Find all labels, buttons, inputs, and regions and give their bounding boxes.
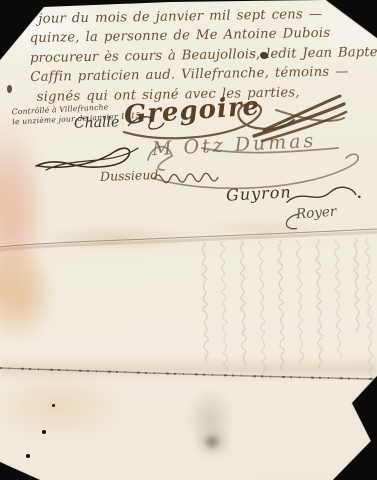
ink-smudge	[186, 388, 234, 448]
ink-smudge	[195, 426, 231, 458]
ink-smudge	[203, 434, 221, 450]
ink-spot	[26, 454, 30, 458]
ink-mark	[7, 85, 12, 93]
stain	[36, 226, 196, 250]
stain	[0, 252, 56, 344]
bleedthrough-writing	[195, 236, 377, 441]
stain	[0, 370, 128, 442]
fold-crease-lower	[0, 368, 377, 379]
signature-challe: Challe	[74, 114, 120, 132]
signature-guyron: Guyron	[226, 182, 293, 204]
signature-name: Royer	[295, 204, 336, 223]
signature-dussieud: Dussieud	[100, 167, 159, 184]
ink-spot	[42, 430, 46, 434]
signature-royer: Royer	[295, 204, 336, 223]
signature-name: Challe	[74, 114, 120, 132]
stain	[0, 138, 48, 308]
paper-sheet: jour du mois de janvier mil sept cens — …	[0, 0, 377, 480]
fold-crease-upper	[0, 229, 377, 247]
stain	[0, 360, 377, 378]
signature-name: Dussieud	[100, 167, 159, 184]
signature-name: Guyron	[226, 182, 293, 204]
document-scan: jour du mois de janvier mil sept cens — …	[0, 0, 377, 480]
stain	[198, 220, 328, 238]
signature-name: M Otz Dumas	[152, 130, 317, 161]
ink-spot	[52, 404, 55, 407]
signature-name: Gregoire	[123, 91, 261, 130]
